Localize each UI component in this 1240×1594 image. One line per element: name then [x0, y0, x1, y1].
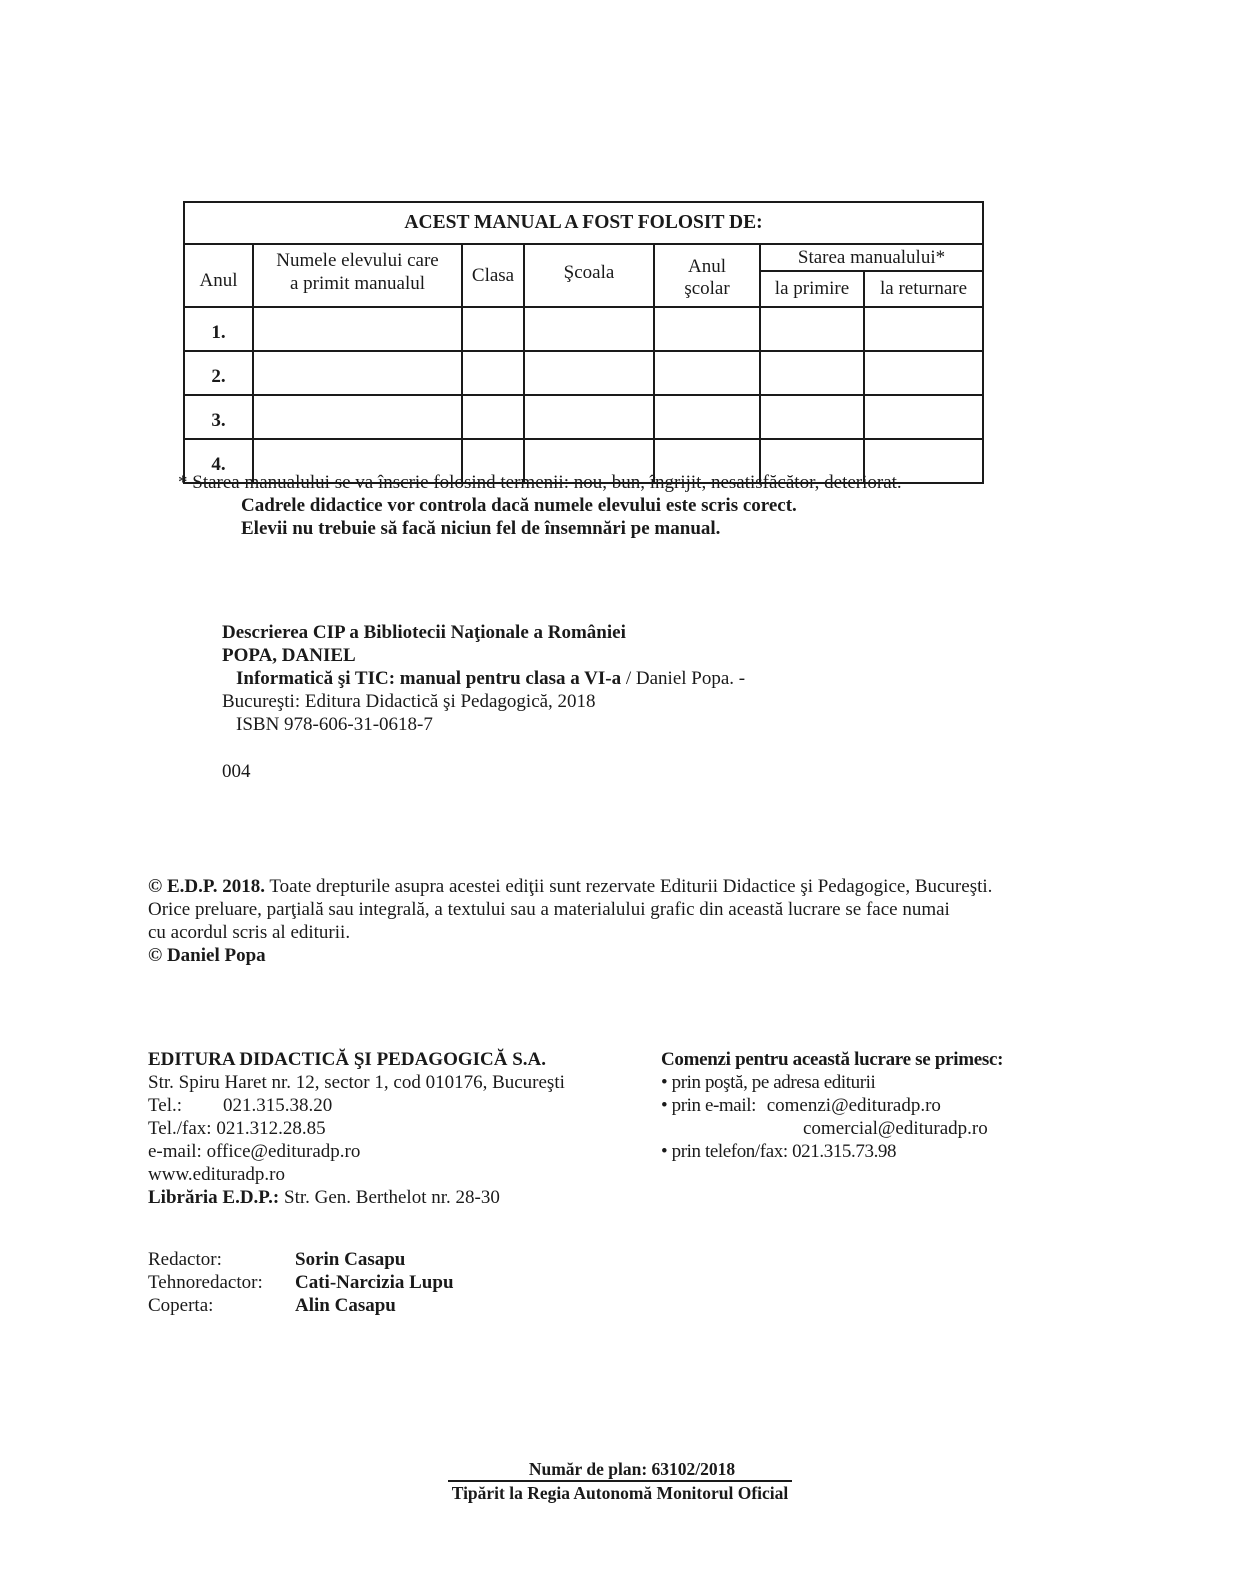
- header-scoala: Şcoala: [524, 244, 654, 307]
- cell-nume[interactable]: [253, 351, 462, 395]
- credit-role: Tehnoredactor:: [148, 1271, 295, 1294]
- header-nume-line2: a primit manualul: [254, 274, 461, 294]
- header-la-returnare: la returnare: [864, 271, 983, 307]
- header-anul: Anul: [184, 244, 253, 307]
- table-row: 2.: [184, 351, 983, 395]
- cip-publisher-line: Bucureşti: Editura Didactică şi Pedagogi…: [222, 690, 596, 714]
- row-number: 2.: [184, 351, 253, 395]
- orders-post: • prin poştă, pe adresa editurii: [661, 1071, 875, 1094]
- row-number: 1.: [184, 307, 253, 351]
- publisher-tel-value: 021.315.38.20: [223, 1095, 332, 1116]
- publisher-bookstore: Librăria E.D.P.: Str. Gen. Berthelot nr.…: [148, 1186, 500, 1209]
- header-starea: Starea manualului*: [760, 244, 983, 271]
- cip-title-bold: Informatică şi TIC: manual pentru clasa …: [236, 668, 621, 689]
- orders-phone: • prin telefon/fax: 021.315.73.98: [661, 1140, 896, 1163]
- cell-anul-scolar[interactable]: [654, 351, 760, 395]
- cell-la-primire[interactable]: [760, 395, 864, 439]
- copyright-line2: Orice preluare, parţială sau integrală, …: [148, 898, 950, 921]
- cell-clasa[interactable]: [462, 351, 524, 395]
- orders-heading: Comenzi pentru această lucrare se primes…: [661, 1048, 1003, 1071]
- plan-number: Număr de plan: 63102/2018: [448, 1458, 792, 1480]
- note-students: Elevii nu trebuie să facă niciun fel de …: [241, 517, 720, 540]
- bookstore-address: Str. Gen. Berthelot nr. 28-30: [284, 1187, 500, 1208]
- table-title: ACEST MANUAL A FOST FOLOSIT DE:: [184, 202, 983, 244]
- publisher-telfax: Tel./fax: 021.312.28.85: [148, 1117, 326, 1140]
- copyright-lead: © E.D.P. 2018.: [148, 876, 265, 897]
- print-footer: Număr de plan: 63102/2018 Tipărit la Reg…: [448, 1458, 792, 1504]
- cip-isbn: ISBN 978-606-31-0618-7: [236, 713, 433, 737]
- table-row: 1.: [184, 307, 983, 351]
- copyright-line1: © E.D.P. 2018. Toate drepturile asupra a…: [148, 875, 992, 898]
- cell-la-returnare[interactable]: [864, 395, 983, 439]
- publisher-email-label: e-mail:: [148, 1141, 202, 1162]
- publisher-telfax-label: Tel./fax:: [148, 1118, 212, 1139]
- cell-la-primire[interactable]: [760, 307, 864, 351]
- publisher-telfax-value: 021.312.28.85: [216, 1118, 325, 1139]
- bookstore-label: Librăria E.D.P.:: [148, 1187, 279, 1208]
- copyright-line1-rest: Toate drepturile asupra acestei ediţii s…: [265, 876, 992, 897]
- orders-email-label: • prin e-mail:: [661, 1095, 756, 1116]
- cip-title: Informatică şi TIC: manual pentru clasa …: [236, 667, 745, 691]
- credit-row: Coperta:Alin Casapu: [148, 1294, 454, 1317]
- printed-at: Tipărit la Regia Autonomă Monitorul Ofic…: [448, 1482, 792, 1504]
- copyright-line3: cu acordul scris al editurii.: [148, 921, 350, 944]
- header-nume-line1: Numele elevului care: [254, 251, 461, 271]
- credit-name: Sorin Casapu: [295, 1248, 405, 1271]
- cell-scoala[interactable]: [524, 395, 654, 439]
- orders-email2[interactable]: comercial@edituradp.ro: [803, 1117, 988, 1140]
- cell-nume[interactable]: [253, 395, 462, 439]
- cip-classification: 004: [222, 760, 251, 784]
- cip-heading: Descrierea CIP a Bibliotecii Naţionale a…: [222, 621, 626, 645]
- publisher-tel-label: Tel.:: [148, 1094, 223, 1117]
- credit-name: Cati-Narcizia Lupu: [295, 1271, 454, 1294]
- cell-anul-scolar[interactable]: [654, 307, 760, 351]
- header-la-primire: la primire: [760, 271, 864, 307]
- cell-scoala[interactable]: [524, 307, 654, 351]
- cell-la-primire[interactable]: [760, 351, 864, 395]
- cell-nume[interactable]: [253, 307, 462, 351]
- cell-anul-scolar[interactable]: [654, 395, 760, 439]
- header-anul-scolar-line1: Anul: [655, 257, 759, 277]
- header-clasa: Clasa: [462, 244, 524, 307]
- credit-row: Redactor:Sorin Casapu: [148, 1248, 454, 1271]
- cell-clasa[interactable]: [462, 307, 524, 351]
- publisher-tel: Tel.:021.315.38.20: [148, 1094, 332, 1117]
- table-row: 3.: [184, 395, 983, 439]
- author-copyright: © Daniel Popa: [148, 944, 266, 967]
- book-usage-table: ACEST MANUAL A FOST FOLOSIT DE: Anul Num…: [183, 201, 984, 484]
- credit-row: Tehnoredactor:Cati-Narcizia Lupu: [148, 1271, 454, 1294]
- cip-author: POPA, DANIEL: [222, 644, 356, 668]
- header-anul-scolar-line2: şcolar: [655, 279, 759, 299]
- credit-role: Redactor:: [148, 1248, 295, 1271]
- publisher-email: e-mail: office@edituradp.ro: [148, 1140, 360, 1163]
- row-number: 3.: [184, 395, 253, 439]
- cell-la-returnare[interactable]: [864, 351, 983, 395]
- credit-role: Coperta:: [148, 1294, 295, 1317]
- cell-scoala[interactable]: [524, 351, 654, 395]
- publisher-name: EDITURA DIDACTICĂ ŞI PEDAGOGICĂ S.A.: [148, 1048, 546, 1071]
- note-teachers: Cadrele didactice vor controla dacă nume…: [241, 494, 797, 517]
- credits-list: Redactor:Sorin CasapuTehnoredactor:Cati-…: [148, 1248, 454, 1317]
- publisher-address: Str. Spiru Haret nr. 12, sector 1, cod 0…: [148, 1071, 565, 1094]
- header-nume: Numele elevului care a primit manualul: [253, 244, 462, 307]
- cell-la-returnare[interactable]: [864, 307, 983, 351]
- header-anul-scolar: Anul şcolar: [654, 244, 760, 307]
- footnote-condition-terms: * Starea manualului se va înscrie folosi…: [178, 471, 902, 494]
- orders-email: • prin e-mail: comenzi@edituradp.ro: [661, 1094, 941, 1117]
- orders-email1[interactable]: comenzi@edituradp.ro: [767, 1095, 941, 1116]
- publisher-email-link[interactable]: office@edituradp.ro: [207, 1141, 361, 1162]
- publisher-website[interactable]: www.edituradp.ro: [148, 1163, 285, 1186]
- cell-clasa[interactable]: [462, 395, 524, 439]
- cip-title-rest: / Daniel Popa. -: [621, 668, 745, 689]
- credit-name: Alin Casapu: [295, 1294, 396, 1317]
